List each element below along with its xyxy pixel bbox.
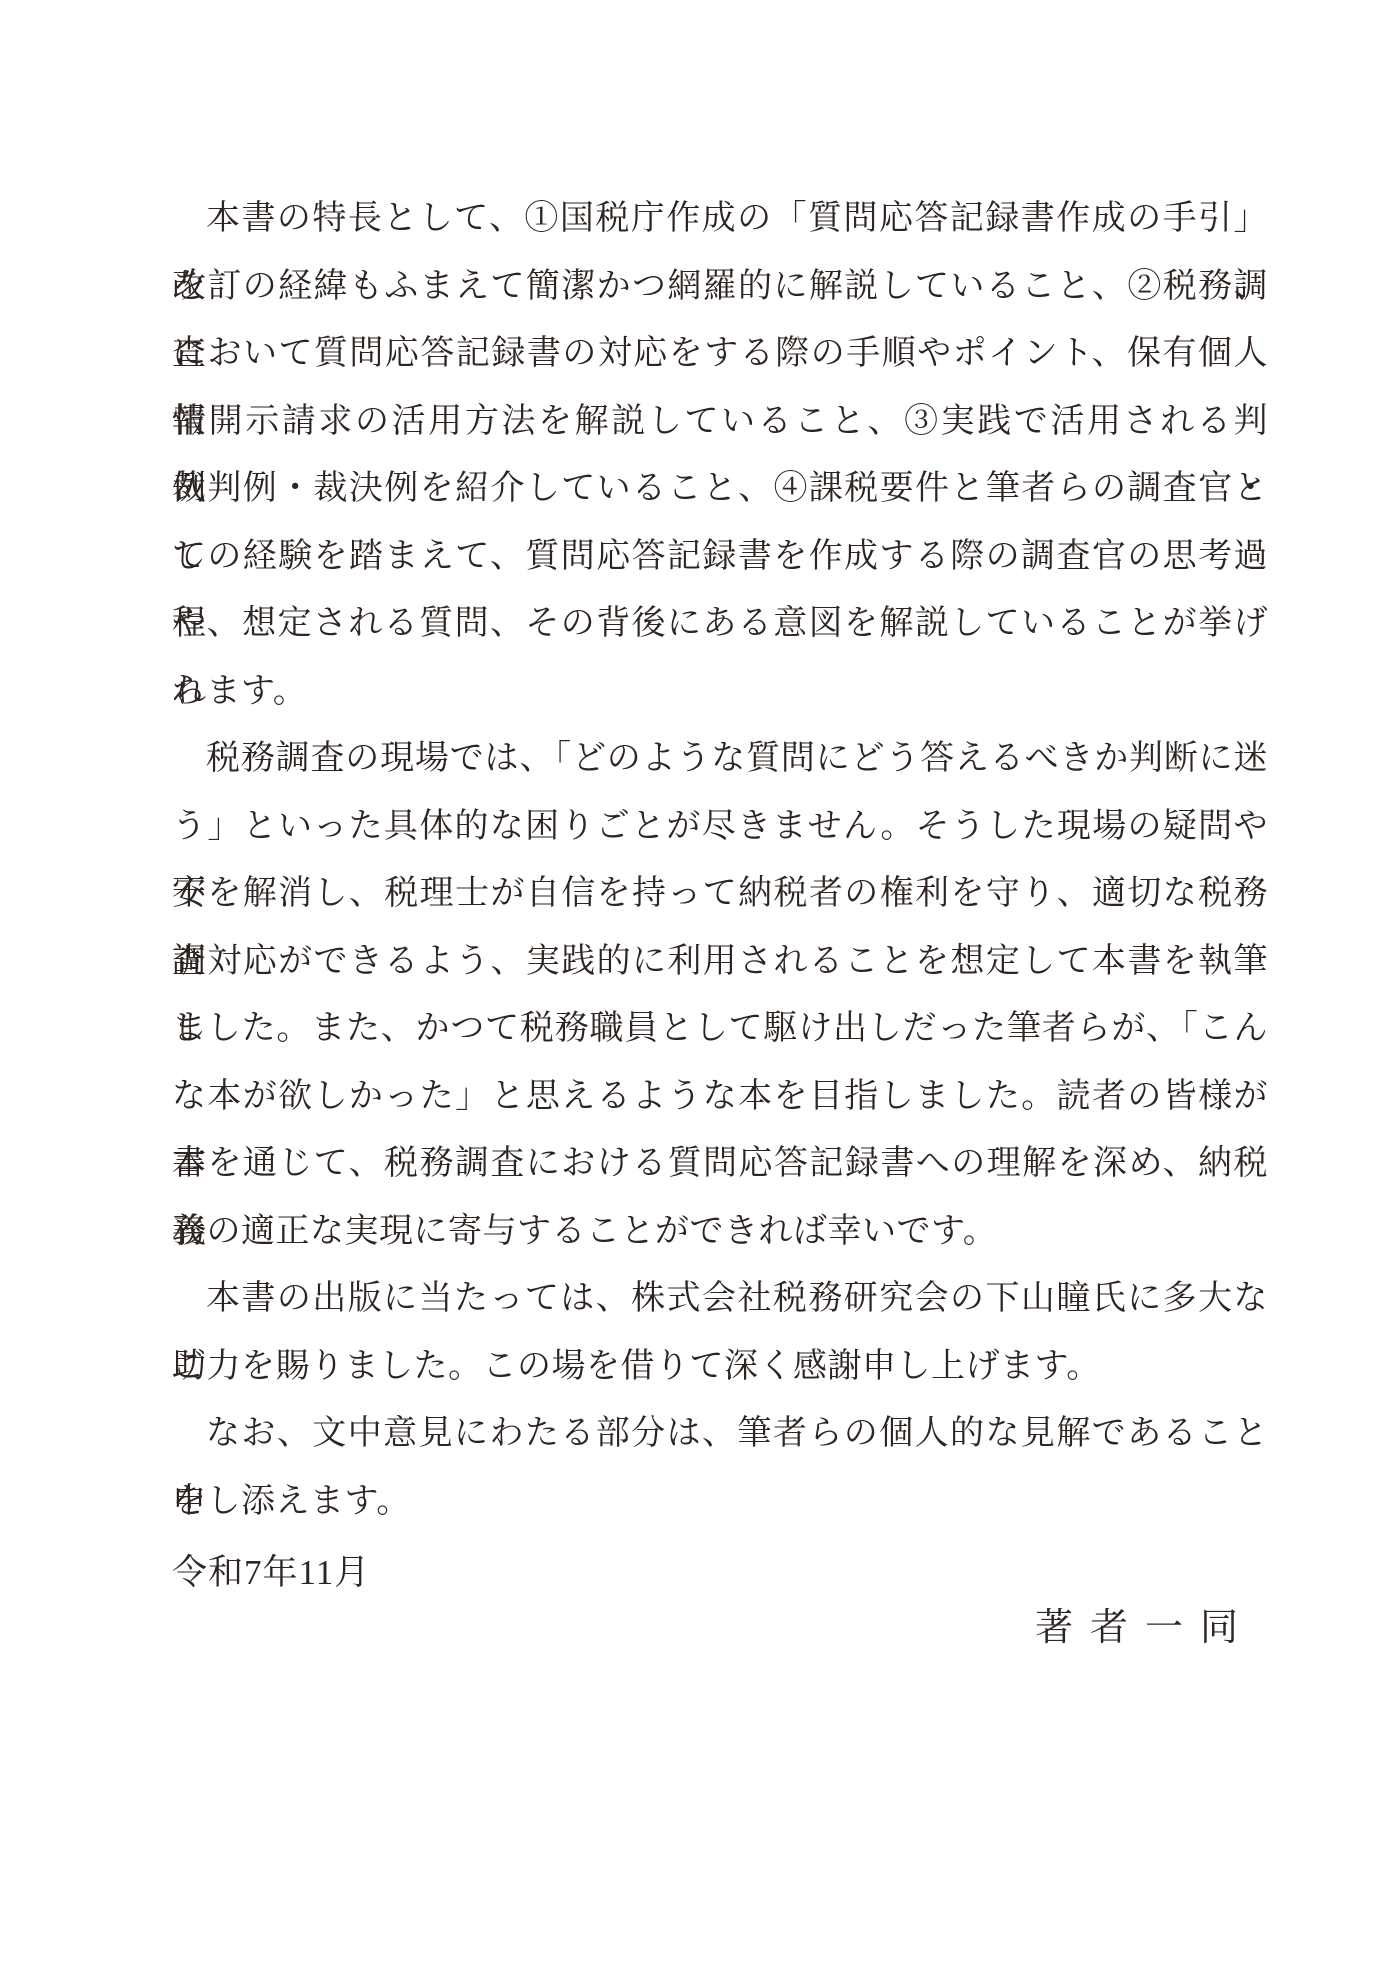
paragraph-line: ました。また、かつて税務職員として駆け出しだった筆者らが、「こん (172, 995, 1268, 1063)
paragraph-line: 税務調査の現場では、「どのような質問にどう答えるべきか判断に迷 (172, 725, 1268, 793)
paragraph-line: なお、文中意見にわたる部分は、筆者らの個人的な見解であることを (172, 1400, 1268, 1468)
paragraph-line: 報開示請求の活用方法を解説していること、③実践で活用される判例・ (172, 388, 1268, 456)
body-text: 本書の特長として、①国税庁作成の「質問応答記録書作成の手引」を、改訂の経緯もふま… (172, 185, 1268, 1535)
paragraph-line: 助力を賜りました。この場を借りて深く感謝申し上げます。 (172, 1333, 1268, 1401)
paragraph-line: 査対応ができるよう、実践的に利用されることを想定して本書を執筆し (172, 928, 1268, 996)
paragraph-line: 申し添えます。 (172, 1468, 1268, 1536)
paragraph-line: や、想定される質問、その背後にある意図を解説していることが挙げら (172, 590, 1268, 658)
paragraph-line: 書を通じて、税務調査における質問応答記録書への理解を深め、納税義 (172, 1130, 1268, 1198)
paragraph-line: ての経験を踏まえて、質問応答記録書を作成する際の調査官の思考過程 (172, 523, 1268, 591)
paragraph-line: 裁判例・裁決例を紹介していること、④課税要件と筆者らの調査官とし (172, 455, 1268, 523)
paragraph-line: 改訂の経緯もふまえて簡潔かつ網羅的に解説していること、②税務調査 (172, 253, 1268, 321)
paragraph-line: な本が欲しかった」と思えるような本を目指しました。読者の皆様が本 (172, 1063, 1268, 1131)
paragraph-line: う」といった具体的な困りごとが尽きません。そうした現場の疑問や不 (172, 793, 1268, 861)
paragraph-line: れます。 (172, 658, 1268, 726)
paragraph-line: において質問応答記録書の対応をする際の手順やポイント、保有個人情 (172, 320, 1268, 388)
paragraph-line: 務の適正な実現に寄与することができれば幸いです。 (172, 1198, 1268, 1266)
document-page: 本書の特長として、①国税庁作成の「質問応答記録書作成の手引」を、改訂の経緯もふま… (0, 0, 1400, 1986)
paragraph-line: 本書の出版に当たっては、株式会社税務研究会の下山瞳氏に多大なご (172, 1265, 1268, 1333)
author-signature: 著者一同 (1035, 1598, 1255, 1658)
paragraph-line: 本書の特長として、①国税庁作成の「質問応答記録書作成の手引」を、 (172, 185, 1268, 253)
date-line: 令和7年11月 (172, 1543, 370, 1603)
paragraph-line: 安を解消し、税理士が自信を持って納税者の権利を守り、適切な税務調 (172, 860, 1268, 928)
